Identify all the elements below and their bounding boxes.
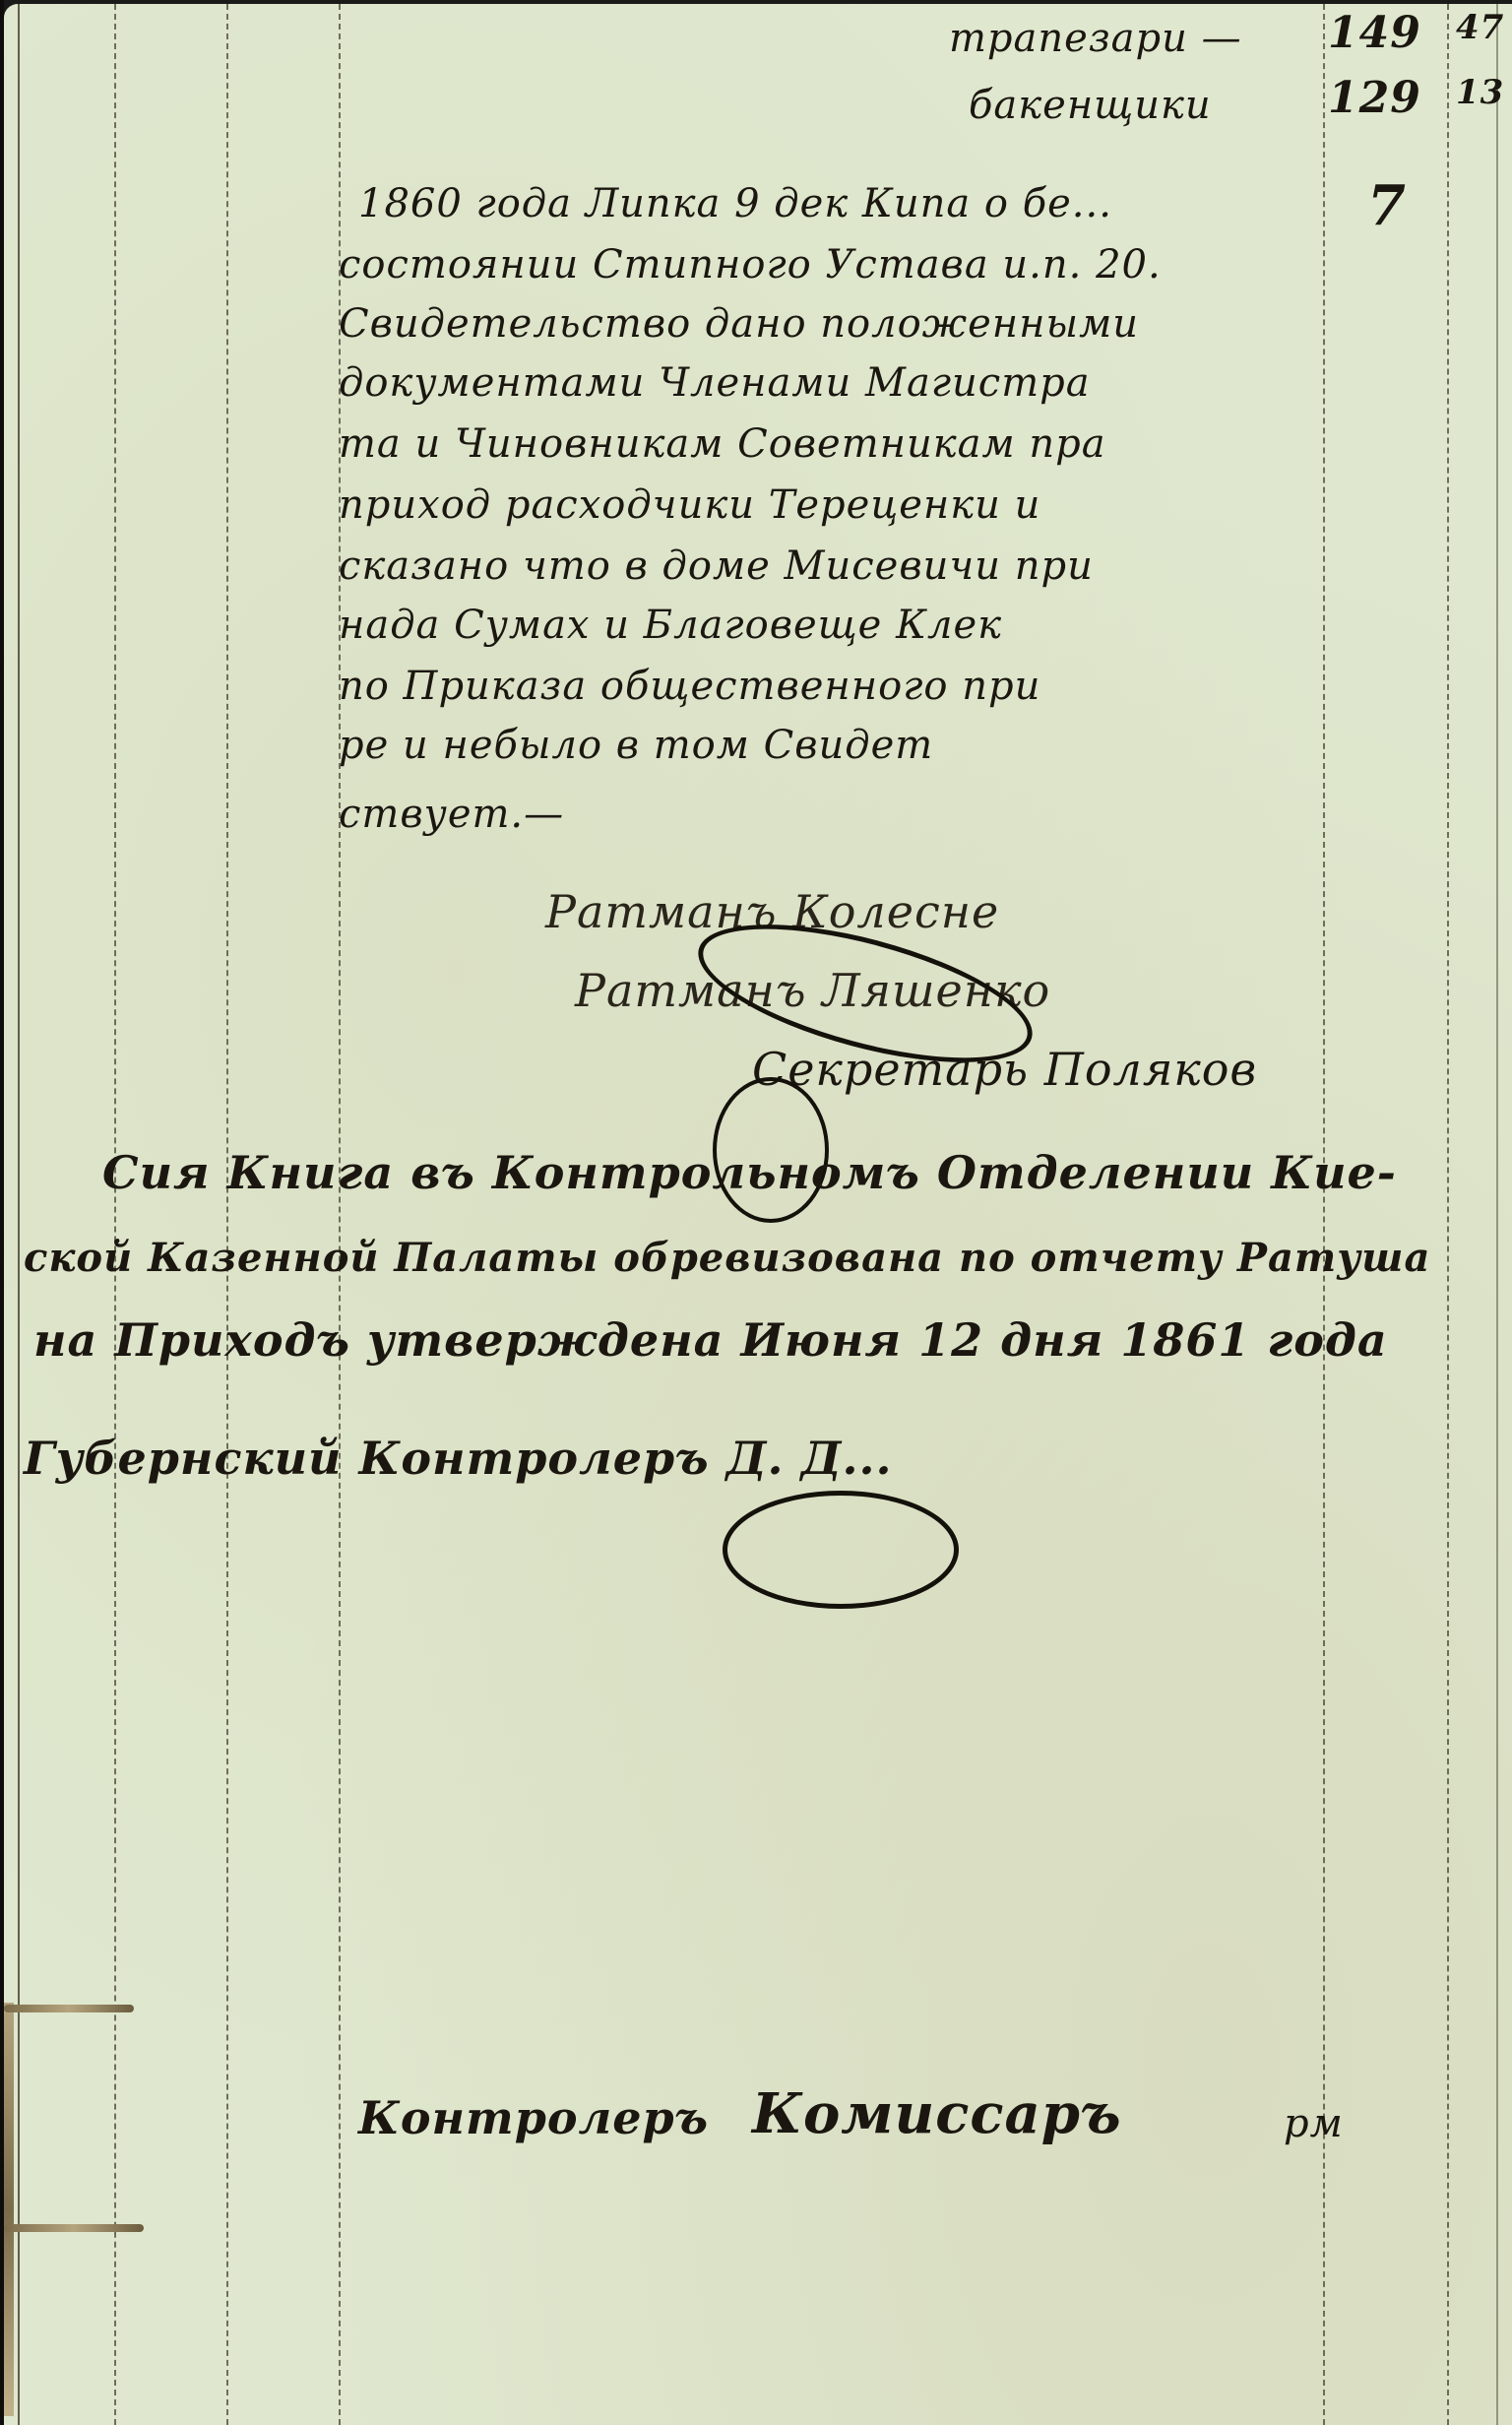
certification-line: на Приходъ утверждена Июня 12 дня 1861 г… — [33, 1313, 1388, 1367]
header-label: бакенщики — [969, 83, 1212, 128]
column-rule — [1447, 4, 1449, 2425]
column-rule — [114, 4, 116, 2425]
margin-initial: рм — [1284, 2101, 1344, 2146]
ledger-page: трапезари — 149 47 бакенщики 129 13 7 18… — [4, 4, 1512, 2425]
header-amount: 149 — [1328, 8, 1421, 58]
column-rule — [226, 4, 228, 2425]
page-mark: 7 — [1367, 173, 1407, 238]
body-line: документами Членами Магистра — [339, 360, 1091, 406]
controller-name: Комиссаръ — [752, 2081, 1122, 2146]
header-fraction: 47 — [1456, 8, 1504, 47]
margin-rule — [18, 4, 20, 2425]
body-line: по Приказа общественного при — [339, 664, 1040, 709]
body-line: ре и небыло в том Свидет — [339, 723, 933, 768]
certification-line: Губернский Контролеръ Д. Д... — [24, 1432, 893, 1485]
binding-stitch — [4, 2005, 134, 2012]
body-line: сказано что в доме Мисевичи при — [339, 543, 1094, 589]
signature-flourish — [723, 1491, 959, 1609]
header-label: трапезари — — [949, 16, 1242, 61]
certification-line: ской Казенной Палаты обревизована по отч… — [24, 1235, 1430, 1281]
signature-secretary: Секретарь Поляков — [752, 1043, 1257, 1096]
header-fraction: 13 — [1456, 73, 1504, 112]
controller-title: Контролеръ — [358, 2091, 709, 2144]
body-line: приход расходчики Тереценки и — [339, 482, 1040, 528]
column-rule — [1323, 4, 1325, 2425]
body-line: Свидетельство дано положенными — [339, 301, 1139, 347]
binding-thread — [4, 2003, 14, 2416]
body-line: 1860 года Липка 9 дек Кипа о бе... — [358, 181, 1112, 226]
certification-line: Сия Книга въ Контрольномъ Отделении Кие- — [102, 1146, 1397, 1199]
header-amount: 129 — [1328, 73, 1421, 123]
body-line: состоянии Стипного Устава и.п. 20. — [339, 242, 1162, 287]
body-line: нада Сумах и Благовеще Клек — [339, 603, 1002, 648]
body-line: та и Чиновникам Советникам пра — [339, 421, 1106, 467]
body-line: ствует.— — [339, 792, 564, 837]
edge-rule — [1496, 4, 1498, 2425]
binding-stitch — [4, 2224, 144, 2232]
